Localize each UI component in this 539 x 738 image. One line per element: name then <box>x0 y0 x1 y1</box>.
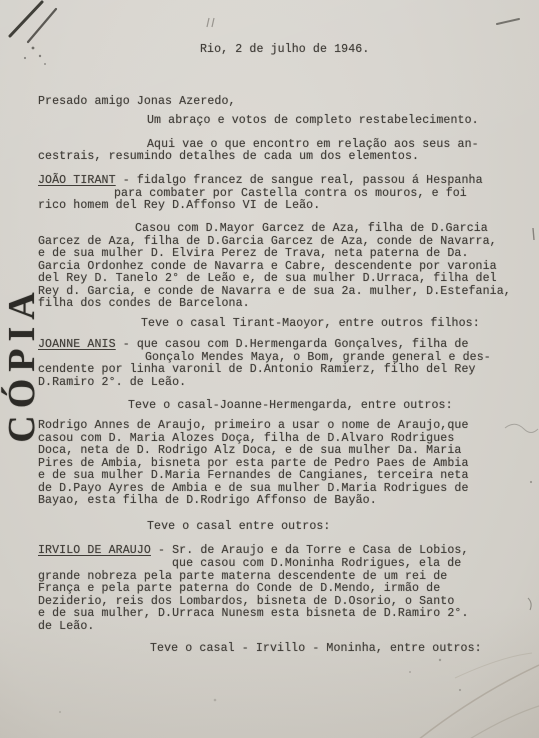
section-tirant-text: - fidalgo francez de sangue real, passou… <box>116 174 483 187</box>
teve-line-4: Teve o casal - Irvillo - Moninha, entre … <box>150 642 482 655</box>
ink-speck-icon <box>39 55 41 57</box>
section-irvilo-line-7: de Leão. <box>38 620 94 633</box>
section-irvilo-line-6: e de sua mulher, D.Urraca Nunesm esta bi… <box>38 607 469 620</box>
intro-line-2: cestrais, resumindo detalhes de cada um … <box>38 150 419 163</box>
copia-stamp: CÓPIA <box>2 279 42 449</box>
section-irvilo-line-1: IRVILO DE ARAUJO - Sr. de Araujo e da To… <box>38 544 469 557</box>
crease-line-icon <box>418 665 539 738</box>
stray-mark-icon <box>207 18 214 27</box>
casou-line-1: Casou com D.Mayor Garcez de Aza, filha d… <box>135 222 488 235</box>
ink-speck-icon <box>530 481 532 483</box>
section-heading-joanne: JOANNE ANIS <box>38 338 116 351</box>
section-irvilo-line-2: que casou com D.Moninha Rodrigues, ela d… <box>172 557 461 570</box>
casou-line-3: e de sua mulher D. Elvira Perez de Trava… <box>38 247 469 260</box>
crease-line-icon <box>455 653 532 678</box>
section-irvilo-line-4: França e pela parte paterna do Conde de … <box>38 582 440 595</box>
ink-speck-icon <box>59 711 61 713</box>
stray-mark-icon <box>497 19 519 24</box>
pen-stroke-icon <box>28 9 56 42</box>
ink-speck-icon <box>32 47 35 50</box>
section-irvilo-text: - Sr. de Araujo e da Torre e Casa de Lob… <box>151 544 469 557</box>
dateline: Rio, 2 de julho de 1946. <box>200 43 369 56</box>
section-joanne-text: - que casou com D.Hermengarda Gonçalves,… <box>116 338 469 351</box>
rodrigo-line-7: Bayao, esta filha de D.Rodrigo Affonso d… <box>38 494 377 507</box>
teve-line-2: Teve o casal-Joanne-Hermengarda, entre o… <box>128 399 453 412</box>
ink-speck-icon <box>44 63 46 65</box>
crease-line-icon <box>468 706 539 738</box>
pencil-squiggle-icon <box>505 424 538 432</box>
casou-line-5: del Rey D. Tanelo 2° de Leão e, de sua m… <box>38 272 497 285</box>
section-tirant-line-1: JOÃO TIRANT - fidalgo francez de sangue … <box>38 174 483 187</box>
ink-speck-icon <box>24 57 26 59</box>
ink-speck-icon <box>439 659 441 661</box>
ink-speck-icon <box>214 699 217 702</box>
rodrigo-line-5: e de sua mulher D.Maria Fernandes de Can… <box>38 469 469 482</box>
section-joanne-line-4: D.Ramiro 2°. de Leão. <box>38 376 186 389</box>
ink-speck-icon <box>459 689 461 691</box>
ink-speck-icon <box>528 598 531 610</box>
scanned-letter-page: CÓPIA Rio, 2 de julho de 1946. Presado a… <box>0 0 539 738</box>
pen-stroke-icon <box>10 2 42 36</box>
casou-line-7: filha dos condes de Barcelona. <box>38 297 250 310</box>
section-heading-tirant: JOÃO TIRANT <box>38 174 116 187</box>
opening-line: Um abraço e votos de completo restabelec… <box>147 114 479 127</box>
teve-line-3: Teve o casal entre outros: <box>147 520 331 533</box>
section-joanne-line-1: JOANNE ANIS - que casou com D.Hermengard… <box>38 338 469 351</box>
section-tirant-line-3: rico homem del Rey D.Affonso VI de Leão. <box>38 199 320 212</box>
ink-speck-icon <box>409 671 411 673</box>
section-joanne-line-3: cendente por linha varonil de D.Antonio … <box>38 363 476 376</box>
rodrigo-line-1: Rodrigo Annes de Araujo, primeiro a usar… <box>38 419 469 432</box>
teve-line-1: Teve o casal Tirant-Maoyor, entre outros… <box>141 317 480 330</box>
rodrigo-line-3: Doca, neta de D. Rodrigo Alz Doca, e de … <box>38 444 461 457</box>
salutation: Presado amigo Jonas Azeredo, <box>38 95 236 108</box>
section-heading-irvilo: IRVILO DE ARAUJO <box>38 544 151 557</box>
ink-speck-icon <box>533 228 534 240</box>
